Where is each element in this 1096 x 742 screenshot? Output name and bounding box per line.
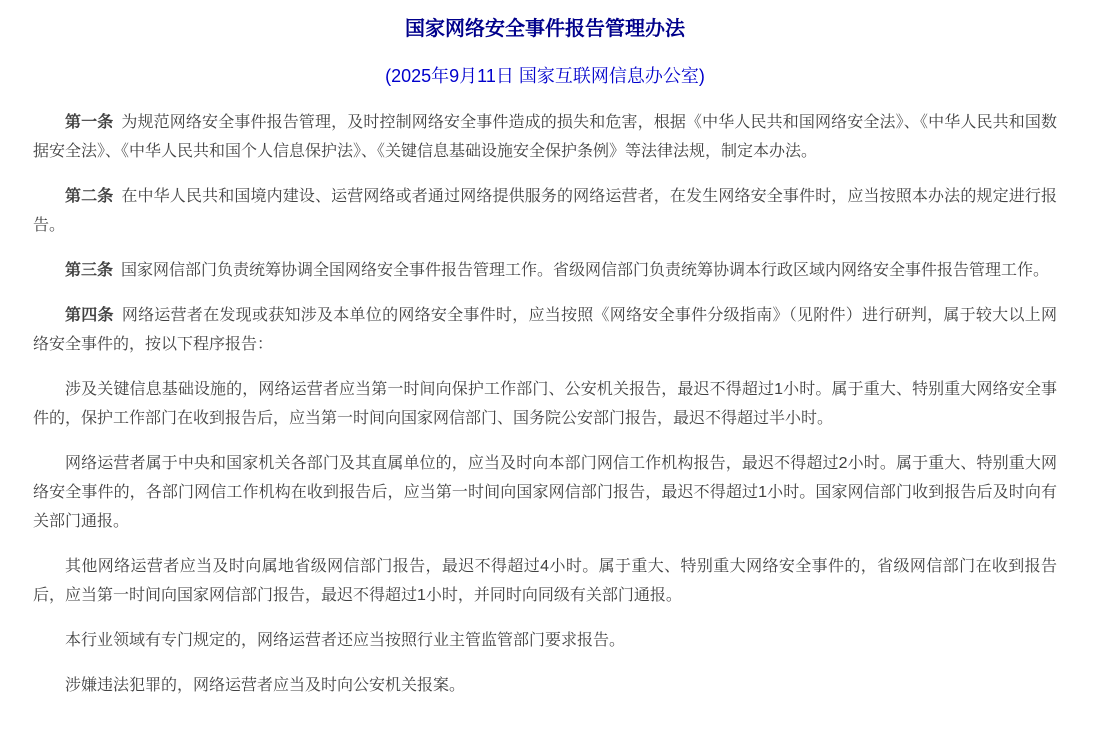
article-4-subparagraph-crime: 涉嫌违法犯罪的，网络运营者应当及时向公安机关报案。 <box>33 671 1057 700</box>
article-4-subparagraph-cii-text: 涉及关键信息基础设施的，网络运营者应当第一时间向保护工作部门、公安机关报告，最迟… <box>33 381 1057 427</box>
article-3-paragraph: 第三条国家网信部门负责统筹协调全国网络安全事件报告管理工作。省级网信部门负责统筹… <box>33 256 1057 285</box>
article-4-subparagraph-cii: 涉及关键信息基础设施的，网络运营者应当第一时间向保护工作部门、公安机关报告，最迟… <box>33 375 1057 433</box>
publication-info: (2025年9月11日 国家互联网信息办公室) <box>33 64 1057 88</box>
article-4-subparagraph-central-organs: 网络运营者属于中央和国家机关各部门及其直属单位的，应当及时向本部门网信工作机构报… <box>33 449 1057 536</box>
article-4-subparagraph-industry: 本行业领域有专门规定的，网络运营者还应当按照行业主管监管部门要求报告。 <box>33 626 1057 655</box>
document-page: 国家网络安全事件报告管理办法 (2025年9月11日 国家互联网信息办公室) 第… <box>0 0 1096 700</box>
article-3-number: 第三条 <box>65 262 113 279</box>
article-4-subparagraph-crime-text: 涉嫌违法犯罪的，网络运营者应当及时向公安机关报案。 <box>65 677 465 694</box>
article-4-text: 网络运营者在发现或获知涉及本单位的网络安全事件时，应当按照《网络安全事件分级指南… <box>33 307 1057 353</box>
article-4-paragraph: 第四条网络运营者在发现或获知涉及本单位的网络安全事件时，应当按照《网络安全事件分… <box>33 301 1057 359</box>
article-1-text: 为规范网络安全事件报告管理，及时控制网络安全事件造成的损失和危害，根据《中华人民… <box>33 114 1057 160</box>
article-1-paragraph: 第一条为规范网络安全事件报告管理，及时控制网络安全事件造成的损失和危害，根据《中… <box>33 108 1057 166</box>
article-4-number: 第四条 <box>65 307 114 324</box>
article-2-paragraph: 第二条在中华人民共和国境内建设、运营网络或者通过网络提供服务的网络运营者，在发生… <box>33 182 1057 240</box>
article-2-number: 第二条 <box>65 188 113 205</box>
document-title: 国家网络安全事件报告管理办法 <box>33 16 1057 42</box>
article-4-subparagraph-other-operators: 其他网络运营者应当及时向属地省级网信部门报告，最迟不得超过4小时。属于重大、特别… <box>33 552 1057 610</box>
article-2-text: 在中华人民共和国境内建设、运营网络或者通过网络提供服务的网络运营者，在发生网络安… <box>33 188 1057 234</box>
article-1-number: 第一条 <box>65 114 113 131</box>
article-4-subparagraph-other-operators-text: 其他网络运营者应当及时向属地省级网信部门报告，最迟不得超过4小时。属于重大、特别… <box>33 558 1057 604</box>
article-3-text: 国家网信部门负责统筹协调全国网络安全事件报告管理工作。省级网信部门负责统筹协调本… <box>121 262 1049 279</box>
article-4-subparagraph-industry-text: 本行业领域有专门规定的，网络运营者还应当按照行业主管监管部门要求报告。 <box>65 632 625 649</box>
article-4-subparagraph-central-organs-text: 网络运营者属于中央和国家机关各部门及其直属单位的，应当及时向本部门网信工作机构报… <box>33 455 1057 530</box>
